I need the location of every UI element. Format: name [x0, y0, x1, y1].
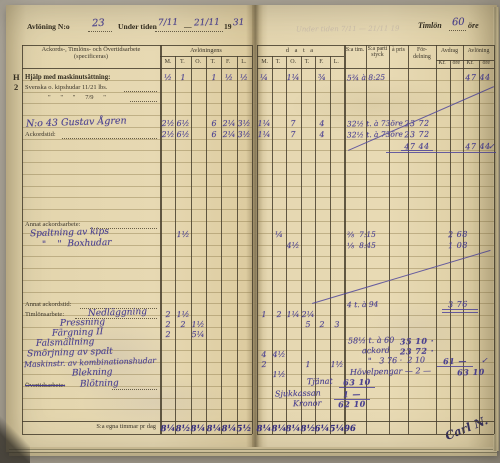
rule-line: [22, 68, 252, 69]
day-value-right: 7: [291, 120, 296, 128]
dotted-leader: [62, 138, 157, 139]
check-mark: ✓: [481, 357, 488, 365]
footer-hour-total: 8½: [176, 424, 191, 433]
dotted-leader: [112, 389, 157, 390]
day-letter: O.: [290, 59, 296, 65]
day-value-left: 1½: [176, 231, 189, 239]
avloning-amount: 47 44: [465, 143, 491, 152]
day-value-right: 2: [276, 311, 281, 319]
rule-line: [442, 309, 478, 310]
rule-line: [22, 186, 252, 187]
rule-line: [257, 174, 494, 175]
computation-note: 32½ t. à 73öre: [347, 120, 403, 128]
footer-hour-total: 8¼: [271, 424, 286, 433]
footer-hour-total: 8¼: [257, 424, 272, 433]
rule-line: [257, 409, 494, 410]
footer-hour-total: 8¼: [191, 424, 206, 433]
rule-line: [22, 374, 252, 375]
rule-line: [22, 409, 252, 410]
rule-line: [252, 45, 253, 434]
currency-sub-header: öre: [453, 61, 460, 67]
footer-hour-total: 5¼: [329, 424, 344, 433]
settlement-text: ackord: [362, 347, 390, 356]
day-value-left: 2½: [161, 131, 174, 139]
day-letter: M.: [165, 59, 172, 65]
day-value-left: 2: [165, 331, 170, 339]
rule-line: [22, 398, 252, 399]
rule-line: [22, 209, 252, 210]
avloning-amount: 47 44: [465, 74, 491, 83]
rule-line: [257, 386, 494, 387]
rule-line: [257, 280, 494, 281]
rule-line: [175, 56, 176, 434]
footer-hour-total: 5½: [237, 424, 252, 433]
computation-note: ⅜ 7:15: [347, 231, 376, 239]
rule-line: [22, 327, 252, 328]
day-value-right: 1½: [330, 361, 343, 369]
day-value-right: 4: [320, 131, 325, 139]
rule-line: [344, 45, 346, 434]
amount: 3 76: [448, 301, 468, 310]
rule-line: [22, 174, 252, 175]
footer-hour-total: 8¼: [286, 424, 301, 433]
day-letter: M.: [261, 59, 268, 65]
day-value-right: ¼: [275, 231, 283, 239]
rule-line: [22, 421, 252, 422]
day-letter: O.: [195, 59, 201, 65]
printed-label: Annat ackordstid:: [25, 302, 71, 309]
day-value-left: 2: [165, 311, 170, 319]
rule-line: [257, 197, 494, 198]
rule-line: [22, 103, 252, 104]
day-value-left: 2¼: [222, 120, 235, 128]
printed-label: " " " 7/9 ": [48, 95, 106, 102]
settlement-amount: 61 —: [443, 357, 467, 366]
footer-hour-total: 8¼: [222, 424, 237, 433]
day-value-left: 6: [211, 120, 216, 128]
day-value-left: 2: [180, 321, 185, 329]
rule-line: [257, 327, 494, 328]
settlement-text: " 3 76 · 2 10: [368, 356, 425, 365]
computation-note: ⅛ 8:45: [347, 242, 376, 250]
rule-line: [257, 221, 494, 222]
scanned-ledger-photo: Under tiden 7/11 — 21/11 19 Avlöning N:o…: [0, 0, 500, 463]
rule-line: [436, 45, 437, 434]
settlement-amount: 23 72 ·: [400, 347, 434, 356]
photo-corner-shadow: [0, 416, 30, 463]
day-value-left: 2½: [161, 120, 174, 128]
footer-hour-total: 8¼: [206, 424, 221, 433]
rule-line: [257, 209, 494, 210]
day-value-left: ½: [225, 74, 233, 82]
day-letter: T.: [276, 59, 281, 65]
footer-grand-total: 96: [344, 424, 356, 433]
day-value-right: 1¼: [258, 120, 271, 128]
printed-label: Svenska o. kipshudar 11/21 lbs.: [25, 85, 107, 92]
rule-line: [257, 162, 494, 163]
amount: 1 08: [448, 242, 468, 251]
rule-line: [22, 150, 252, 151]
day-value-left: 1: [211, 74, 216, 82]
rule-line: [22, 162, 252, 163]
day-value-left: ½: [164, 74, 172, 82]
settlement-text: 58½ t. à 60: [348, 337, 394, 346]
day-value-right: ¾: [318, 74, 326, 82]
settlement-amount: 62 10: [338, 400, 366, 409]
printed-section-label: Hjälp med maskinutsättning:: [25, 75, 110, 82]
rule-line: [22, 256, 252, 257]
settlement-amount: 35 10 ·: [400, 337, 434, 346]
rule-line: [257, 45, 258, 434]
printed-label: Ackordstid:: [25, 132, 56, 139]
day-value-left: 3½: [238, 131, 251, 139]
settlement-text: Sjukkassan: [275, 390, 321, 399]
amount: 2 68: [448, 231, 468, 240]
rule-line: [22, 115, 252, 116]
currency-sub-header: Kr.: [439, 61, 446, 67]
rule-line: [408, 45, 409, 434]
settlement-text: Tjänat: [307, 378, 333, 387]
handwritten-label: " " Boxhudar: [42, 239, 112, 250]
rule-line: [22, 434, 252, 435]
rule-line: [257, 68, 494, 69]
rule-line: [22, 45, 252, 46]
day-value-right: 4½: [272, 351, 285, 359]
computation-note: 5¾ à 8:25: [347, 74, 385, 82]
rule-line: [257, 268, 494, 269]
day-value-right: 3: [334, 321, 339, 329]
rule-line: [257, 186, 494, 187]
day-value-left: 1: [180, 74, 185, 82]
day-value-right: 1: [262, 311, 267, 319]
footer-hour-total: 8½: [300, 424, 315, 433]
day-value-right: 1¼: [258, 131, 271, 139]
rule-line: [22, 197, 252, 198]
rule-line: [401, 150, 433, 151]
day-value-right: ¼: [260, 74, 268, 82]
settlement-text: Kronor: [293, 400, 322, 409]
rule-line: [257, 434, 494, 435]
check-mark: ✓: [488, 143, 495, 151]
rule-line: [339, 387, 375, 388]
rule-line: [257, 292, 494, 293]
day-value-right: 7: [291, 131, 296, 139]
rule-line: [22, 268, 252, 269]
day-letter: T.: [211, 59, 216, 65]
day-letter: F.: [226, 59, 230, 65]
rule-line: [301, 56, 302, 434]
day-letter: F.: [319, 59, 323, 65]
day-letter: T.: [180, 59, 185, 65]
rule-line: [257, 92, 494, 93]
day-value-left: 6: [211, 131, 216, 139]
rule-line: [22, 292, 252, 293]
day-value-left: 6½: [176, 131, 189, 139]
day-value-right: 4½: [287, 242, 300, 250]
day-value-right: 5: [305, 321, 310, 329]
settlement-text: Hövelpengar — 2 —: [350, 367, 431, 377]
day-value-left: ½: [240, 74, 248, 82]
day-value-right: 4: [262, 351, 267, 359]
day-value-right: 1½: [272, 371, 285, 379]
day-letter: L.: [334, 59, 339, 65]
day-value-right: 2: [320, 321, 325, 329]
dotted-leader: [130, 101, 157, 102]
day-value-left: 1½: [176, 311, 189, 319]
day-value-right: 1: [305, 361, 310, 369]
day-value-right: 2: [262, 361, 267, 369]
rule-line: [257, 421, 494, 422]
day-letter: T.: [305, 59, 310, 65]
rule-line: [442, 312, 478, 313]
rule-line: [386, 152, 496, 153]
day-letter: L.: [241, 59, 246, 65]
rule-line: [479, 60, 480, 435]
day-value-right: 1¼: [287, 74, 300, 82]
footer-hour-total: 6¼: [315, 424, 330, 433]
day-value-left: 5¼: [192, 331, 205, 339]
currency-sub-header: öre: [483, 61, 490, 67]
rule-line: [160, 45, 162, 434]
settlement-amount: 1 —: [343, 390, 361, 398]
rule-line: [206, 56, 207, 434]
day-value-left: 1½: [192, 321, 205, 329]
footer-hour-total: 8¼: [160, 424, 175, 433]
settlement-amount: 63 10: [343, 378, 371, 387]
dotted-leader: [124, 91, 157, 92]
rule-line: [237, 56, 238, 434]
computation-note: 4 t. à 94: [347, 301, 378, 309]
day-value-right: 2¼: [301, 311, 314, 319]
printed-label: Övertidsarbete:: [25, 383, 65, 390]
rule-line: [257, 115, 494, 116]
currency-sub-header: Kr.: [467, 61, 474, 67]
rule-line: [191, 56, 192, 434]
day-value-left: 2¼: [222, 131, 235, 139]
rule-line: [257, 103, 494, 104]
settlement-amount: 63 10: [457, 368, 485, 377]
fordelning-amount: 23 72: [404, 131, 430, 140]
day-value-left: 2: [165, 321, 170, 329]
handwritten-label: Blekning: [72, 368, 113, 378]
rule-line: [22, 45, 23, 434]
rule-line: [22, 280, 252, 281]
day-value-left: 3½: [238, 120, 251, 128]
rule-line: [257, 256, 494, 257]
day-value-right: 1¼: [287, 311, 300, 319]
day-value-left: 6½: [176, 120, 189, 128]
day-value-right: 4: [320, 120, 325, 128]
ledger-entries-overlay: M.T.O.T.F.L.M.T.O.T.F.L.Kr.öreKr.öreHjäl…: [0, 0, 500, 463]
rule-line: [257, 45, 494, 46]
rule-line: [494, 45, 495, 434]
printed-label: Timlönsarbete:: [25, 312, 64, 319]
rule-line: [221, 56, 222, 434]
